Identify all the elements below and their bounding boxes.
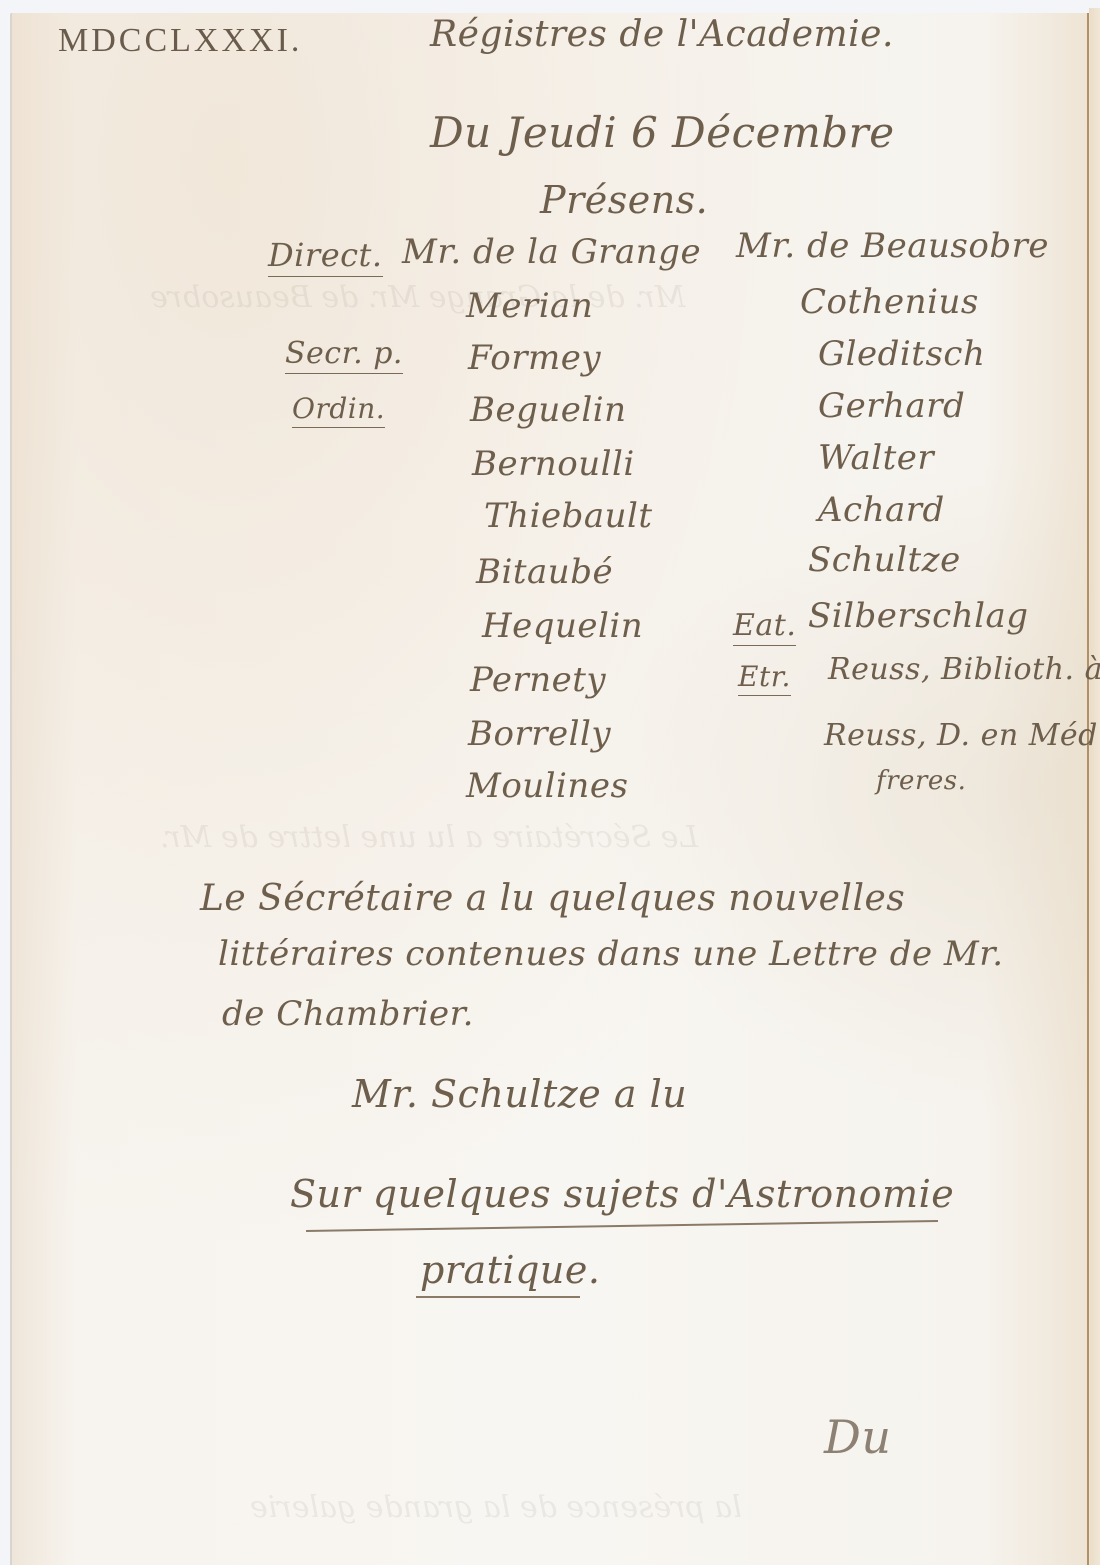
attendee-left: Bernoulli bbox=[472, 444, 635, 484]
attendee-right: Gerhard bbox=[818, 386, 965, 426]
register-title: Régistres de l'Academie. bbox=[430, 14, 894, 55]
session-date: Du Jeudi 6 Décembre bbox=[430, 108, 895, 157]
attendee-left: Merian bbox=[466, 286, 593, 326]
paper-title-continued: pratique. bbox=[420, 1248, 600, 1292]
attendee-left: Borrelly bbox=[468, 714, 611, 754]
attendee-left: Moulines bbox=[466, 766, 628, 806]
attendee-right: Cothenius bbox=[800, 282, 979, 322]
attendee-right: Silberschlag bbox=[808, 596, 1028, 636]
attendee-right-note: freres. bbox=[876, 766, 966, 796]
attendee-right: Achard bbox=[818, 490, 945, 530]
minutes-line: de Chambrier. bbox=[222, 994, 474, 1034]
bleed-through-text: Mr. de la Grange Mr. de Beausobre bbox=[150, 280, 685, 315]
present-heading: Présens. bbox=[540, 178, 708, 222]
attendee-left: Bitaubé bbox=[476, 552, 613, 592]
attendee-left: Hequelin bbox=[482, 606, 643, 646]
binding-edge bbox=[1087, 13, 1089, 1565]
attendee-left: Formey bbox=[468, 338, 601, 378]
attendee-left: Mr. de la Grange bbox=[402, 232, 701, 272]
role-ordinary-label: Ordin. bbox=[292, 392, 385, 428]
catchword: Du bbox=[824, 1410, 892, 1464]
attendee-left: Beguelin bbox=[470, 390, 627, 430]
attendee-right: Gleditsch bbox=[818, 334, 985, 374]
year-roman-numeral: MDCCLXXXI. bbox=[58, 22, 302, 60]
external-label-etr: Etr. bbox=[738, 660, 791, 696]
paper-title: Sur quelques sujets d'Astronomie bbox=[290, 1172, 954, 1216]
attendee-left: Pernety bbox=[470, 660, 606, 700]
facing-page-sliver bbox=[1089, 8, 1100, 1565]
attendee-right: Reuss, Biblioth. à Tubingen bbox=[828, 652, 1100, 687]
bleed-through-text: la présence de la grande galerie bbox=[250, 1490, 742, 1525]
bleed-through-text: Le Sécrétaire a lu une lettre de Mr. bbox=[160, 820, 698, 855]
minutes-line: littéraires contenues dans une Lettre de… bbox=[218, 934, 1004, 974]
attendee-left: Thiebault bbox=[484, 496, 653, 536]
minutes-line: Le Sécrétaire a lu quelques nouvelles bbox=[200, 878, 905, 919]
attendee-right: Reuss, D. en Méd. bbox=[824, 718, 1100, 753]
attendee-right: Mr. de Beausobre bbox=[736, 226, 1049, 266]
role-secretary-label: Secr. p. bbox=[285, 336, 403, 374]
role-director-label: Direct. bbox=[268, 236, 383, 277]
external-label-eat: Eat. bbox=[733, 608, 796, 646]
reader-line: Mr. Schultze a lu bbox=[352, 1072, 687, 1116]
attendee-right: Schultze bbox=[808, 540, 961, 580]
title-underline bbox=[416, 1296, 580, 1298]
attendee-right: Walter bbox=[818, 438, 934, 478]
